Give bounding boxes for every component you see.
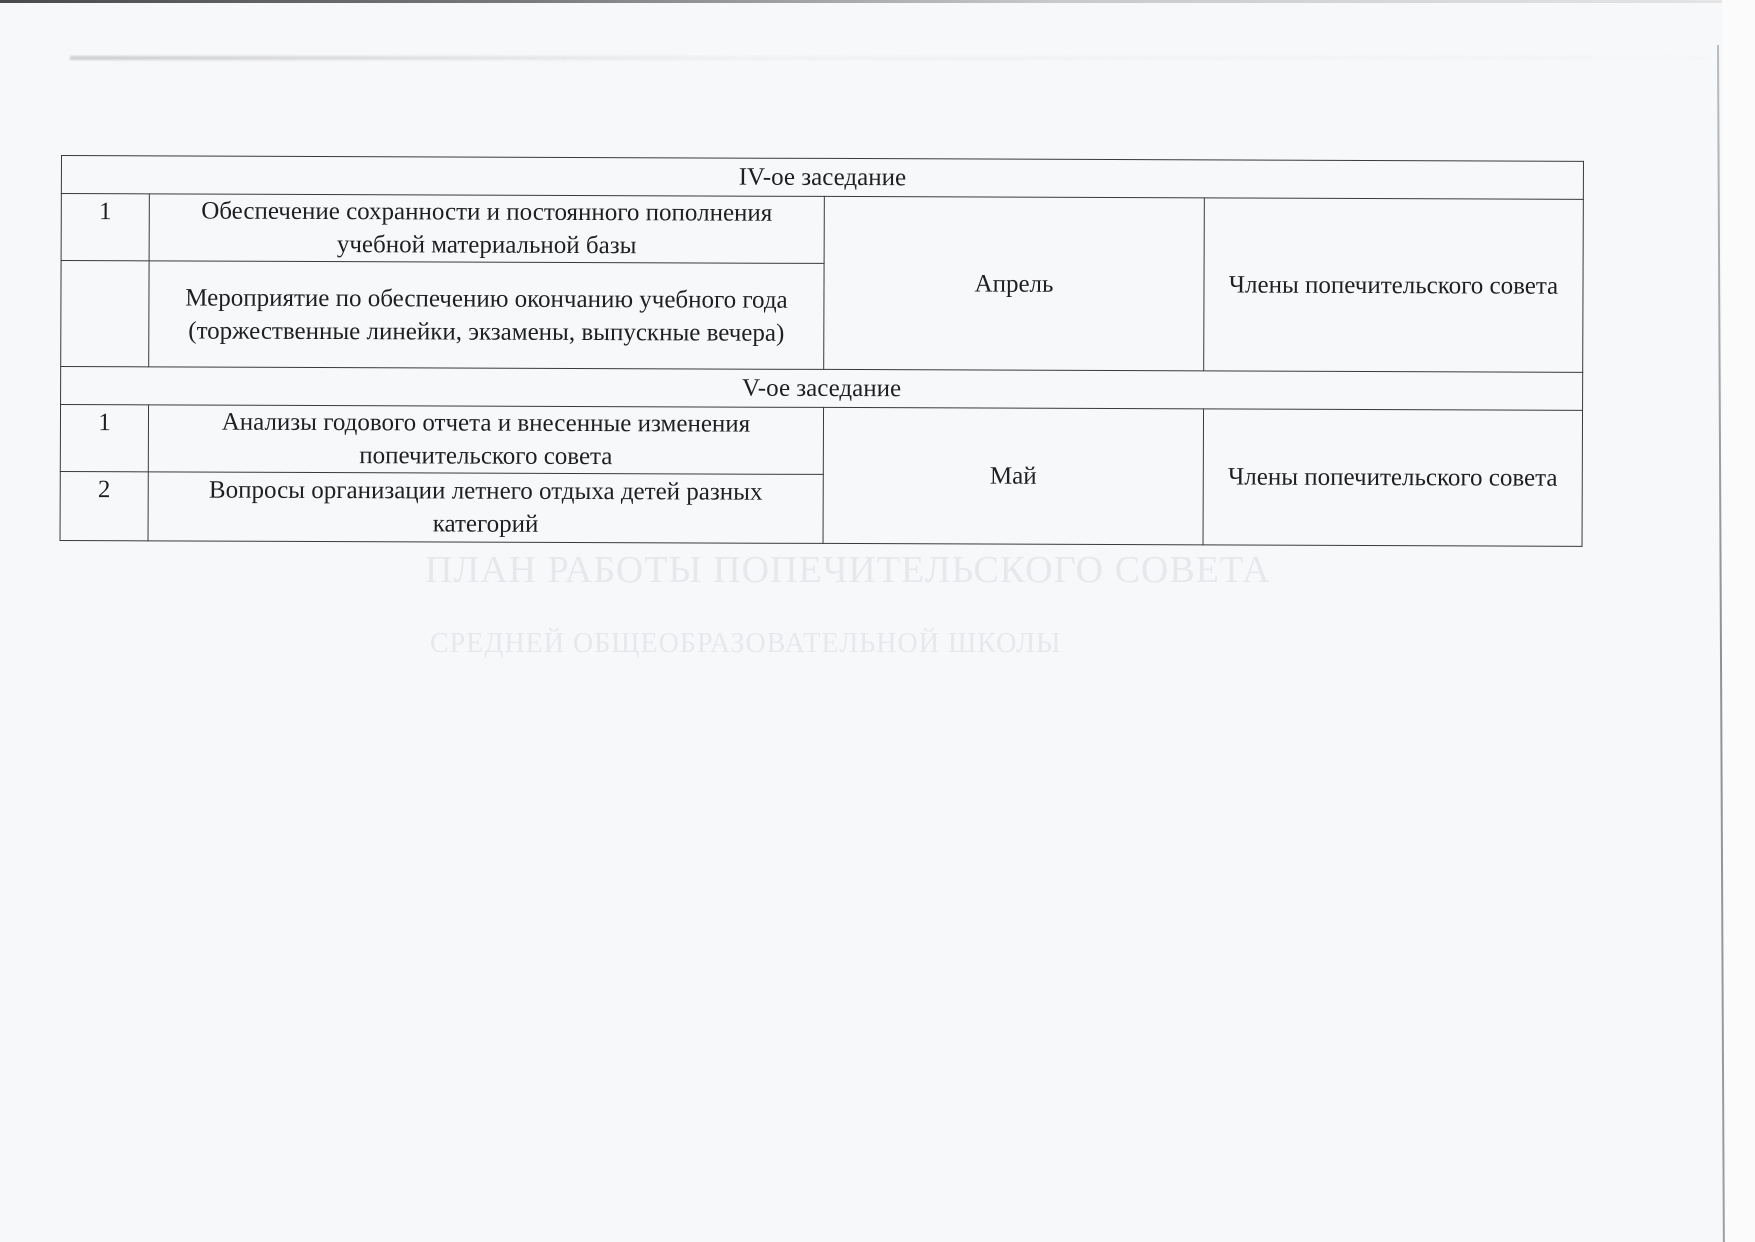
table-row: 1 Обеспечение сохранности и постоянного … xyxy=(61,194,1583,267)
section-title: IV-ое заседание xyxy=(61,156,1583,200)
scan-smudge xyxy=(70,56,1710,60)
item-number xyxy=(61,261,149,367)
item-text: Вопросы организации летнего отдыха детей… xyxy=(148,472,823,544)
item-number: 2 xyxy=(60,471,148,540)
item-text: Обеспечение сохранности и постоянного по… xyxy=(149,194,824,264)
item-text: Мероприятие по обеспечению окончанию уче… xyxy=(149,261,824,370)
table-row: 1 Анализы годового отчета и внесенные из… xyxy=(60,405,1582,478)
item-text: Анализы годового отчета и внесенные изме… xyxy=(148,405,823,475)
item-number: 1 xyxy=(61,194,149,261)
item-number: 1 xyxy=(60,405,148,472)
meetings-plan-table: IV-ое заседание 1 Обеспечение сохранност… xyxy=(60,155,1584,547)
responsible-party: Члены попечительского совета xyxy=(1203,409,1583,546)
show-through-subheading: СРЕДНЕЙ ОБЩЕОБРАЗОВАТЕЛЬНОЙ ШКОЛЫ xyxy=(430,628,1061,660)
responsible-party: Члены попечительского совета xyxy=(1204,198,1584,372)
section-header-row: IV-ое заседание xyxy=(61,156,1583,200)
section-header-row: V-ое заседание xyxy=(61,367,1583,411)
meeting-date: Май xyxy=(823,407,1204,544)
section-title: V-ое заседание xyxy=(61,367,1583,411)
scan-background-strip xyxy=(1722,0,1755,1242)
scan-top-edge xyxy=(0,0,1755,3)
show-through-heading: ПЛАН РАБОТЫ ПОПЕЧИТЕЛЬСКОГО СОВЕТА xyxy=(425,548,1271,592)
meeting-date: Апрель xyxy=(824,196,1205,370)
